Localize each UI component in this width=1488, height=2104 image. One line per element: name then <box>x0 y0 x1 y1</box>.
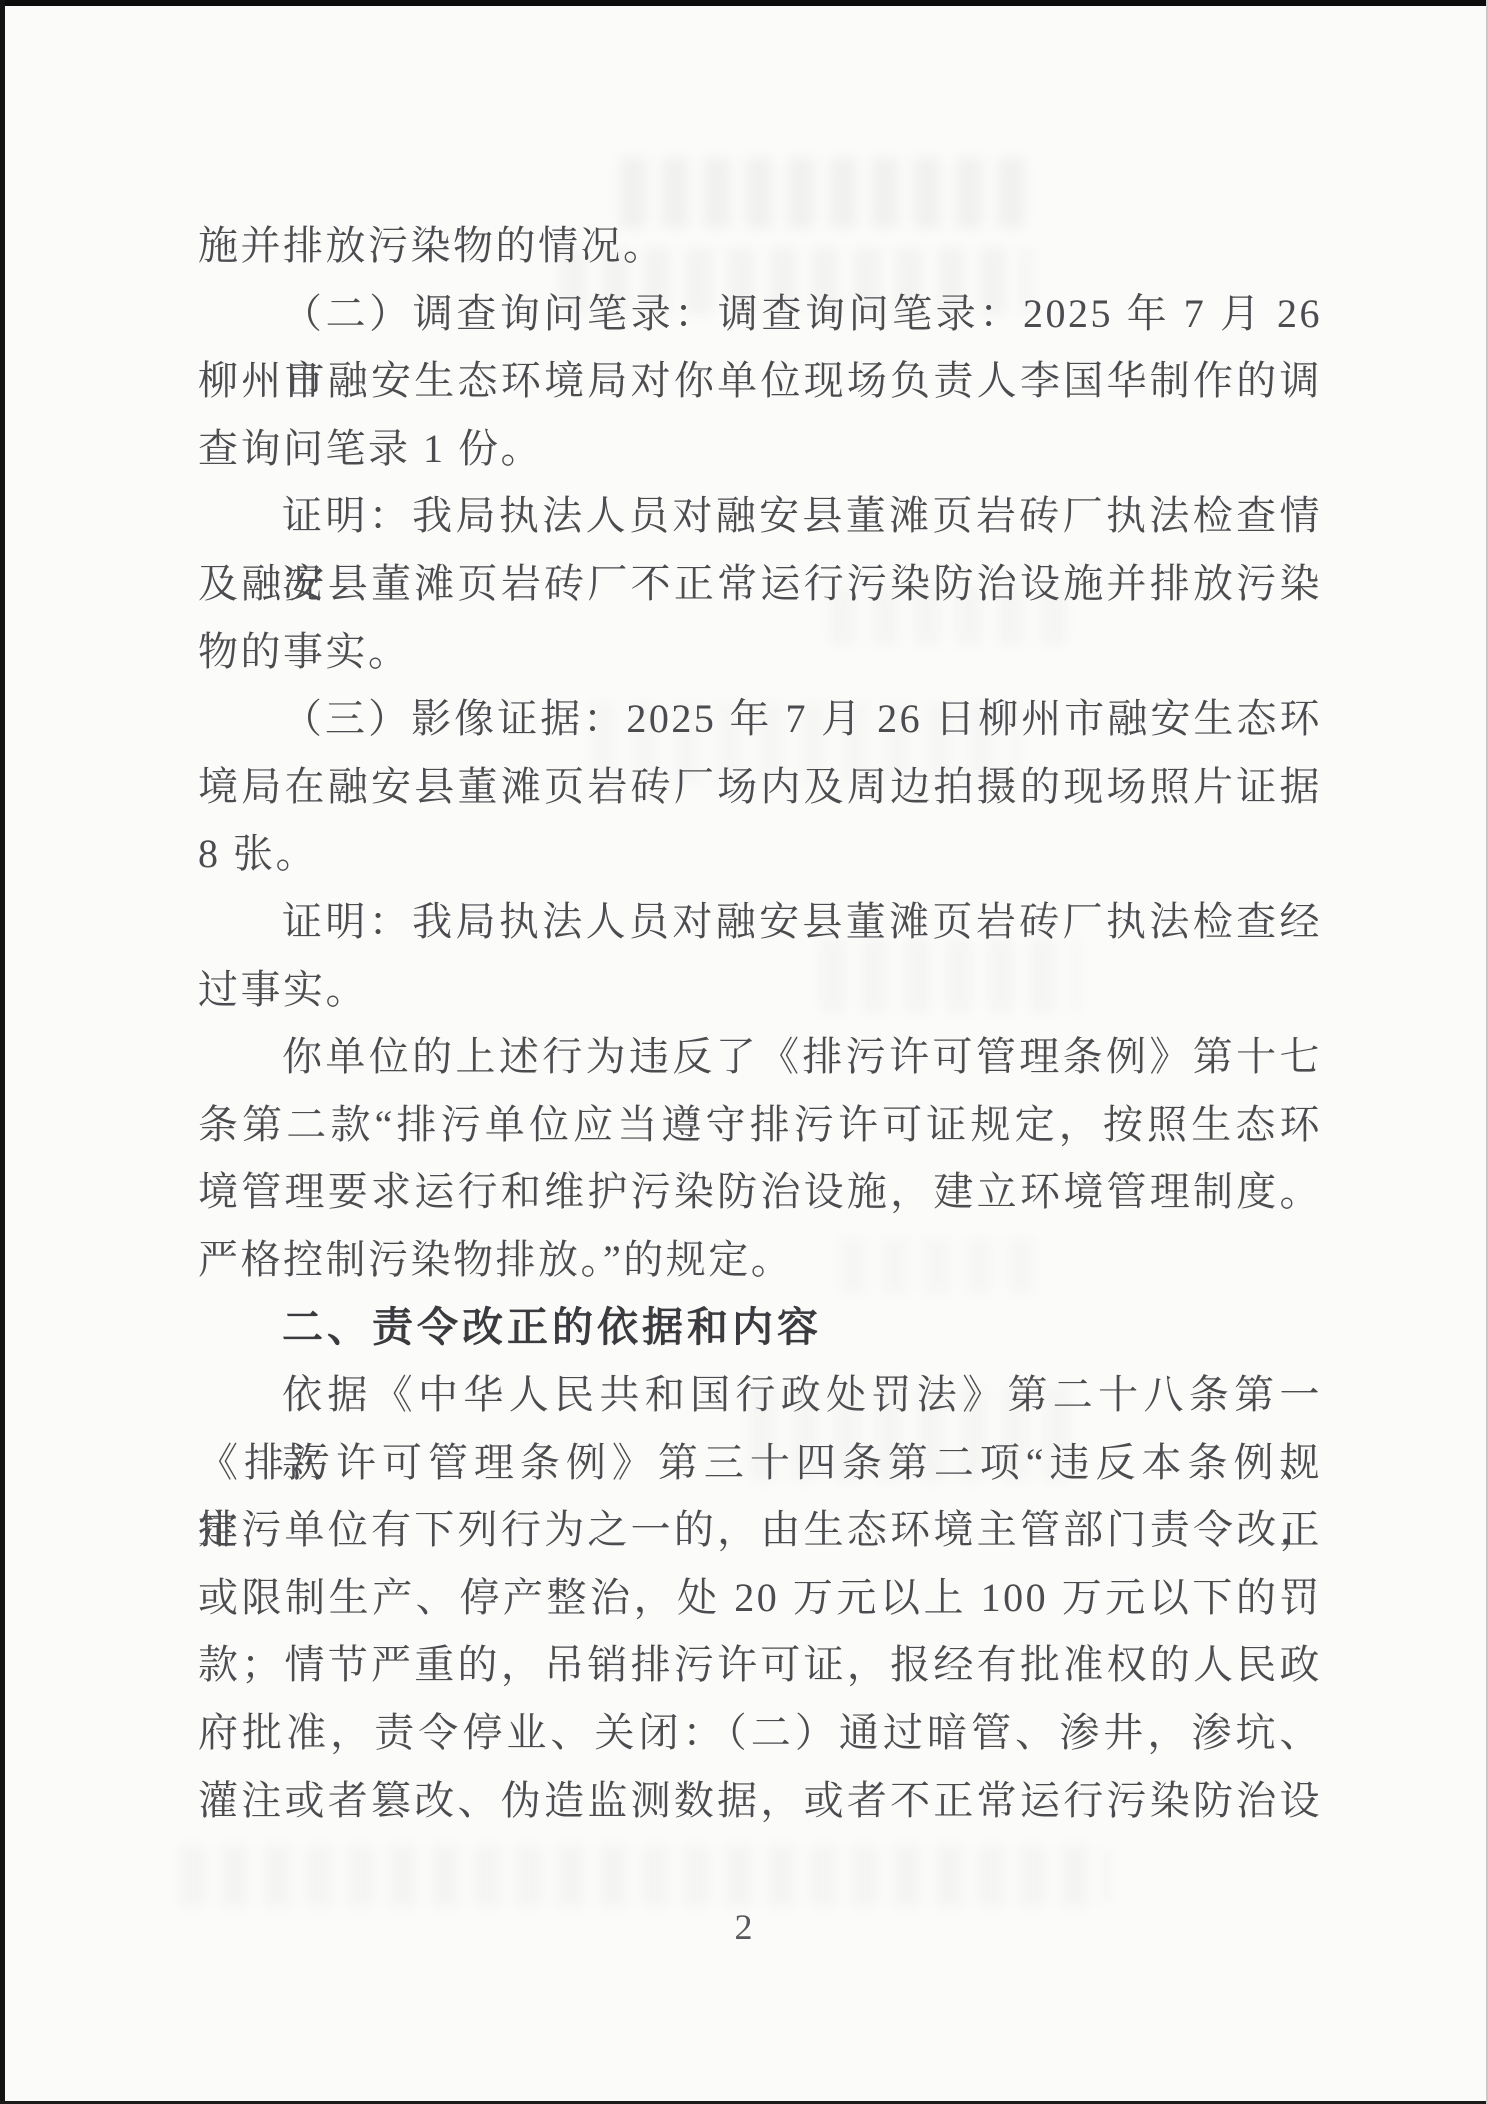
text-line: 府批准，责令停业、关闭：（二）通过暗管、渗井，渗坑、 <box>198 1699 1322 1767</box>
text-line: 8 张。 <box>198 820 1322 888</box>
page-number: 2 <box>0 1906 1488 1948</box>
text-line: 境局在融安县董滩页岩砖厂场内及周边拍摄的现场照片证据 <box>198 753 1322 821</box>
text-line: （三）影像证据：2025 年 7 月 26 日柳州市融安生态环 <box>198 685 1322 753</box>
text-line: 过事实。 <box>198 956 1322 1024</box>
showthrough-smudge <box>180 1845 1110 1907</box>
scan-edge-top <box>0 0 1488 6</box>
text-line: 查询问笔录 1 份。 <box>198 415 1322 483</box>
text-line: 柳州市融安生态环境局对你单位现场负责人李国华制作的调 <box>198 347 1322 415</box>
text-line: 及融安县董滩页岩砖厂不正常运行污染防治设施并排放污染 <box>198 550 1322 618</box>
scan-edge-left <box>0 0 5 2104</box>
text-line: 境管理要求运行和维护污染防治设施，建立环境管理制度。 <box>198 1158 1322 1226</box>
scanned-document-page: { "page": { "number": "2" }, "doc": { "l… <box>0 0 1488 2104</box>
text-line: 你单位的上述行为违反了《排污许可管理条例》第十七 <box>198 1023 1322 1091</box>
section-heading: 二、责令改正的依据和内容 <box>198 1294 1322 1362</box>
text-line: 条第二款“排污单位应当遵守排污许可证规定，按照生态环 <box>198 1091 1322 1159</box>
text-line: 排污单位有下列行为之一的，由生态环境主管部门责令改正 <box>198 1496 1322 1564</box>
text-line: 证明：我局执法人员对融安县董滩页岩砖厂执法检查情况 <box>198 482 1322 550</box>
text-line: 施并排放污染物的情况。 <box>198 212 1322 280</box>
text-line: 款；情节严重的，吊销排污许可证，报经有批准权的人民政 <box>198 1631 1322 1699</box>
text-line: 依据《中华人民共和国行政处罚法》第二十八条第一款、 <box>198 1361 1322 1429</box>
document-body: 施并排放污染物的情况。 （二）调查询问笔录：调查询问笔录：2025 年 7 月 … <box>198 212 1322 1834</box>
text-line: 严格控制污染物排放。”的规定。 <box>198 1226 1322 1294</box>
text-line: 证明：我局执法人员对融安县董滩页岩砖厂执法检查经 <box>198 888 1322 956</box>
text-line: 灌注或者篡改、伪造监测数据，或者不正常运行污染防治设 <box>198 1767 1322 1835</box>
text-line: 《排污许可管理条例》第三十四条第二项“违反本条例规定， <box>198 1429 1322 1497</box>
text-line: 物的事实。 <box>198 618 1322 686</box>
text-line: （二）调查询问笔录：调查询问笔录：2025 年 7 月 26 日 <box>198 280 1322 348</box>
text-line: 或限制生产、停产整治，处 20 万元以上 100 万元以下的罚 <box>198 1564 1322 1632</box>
